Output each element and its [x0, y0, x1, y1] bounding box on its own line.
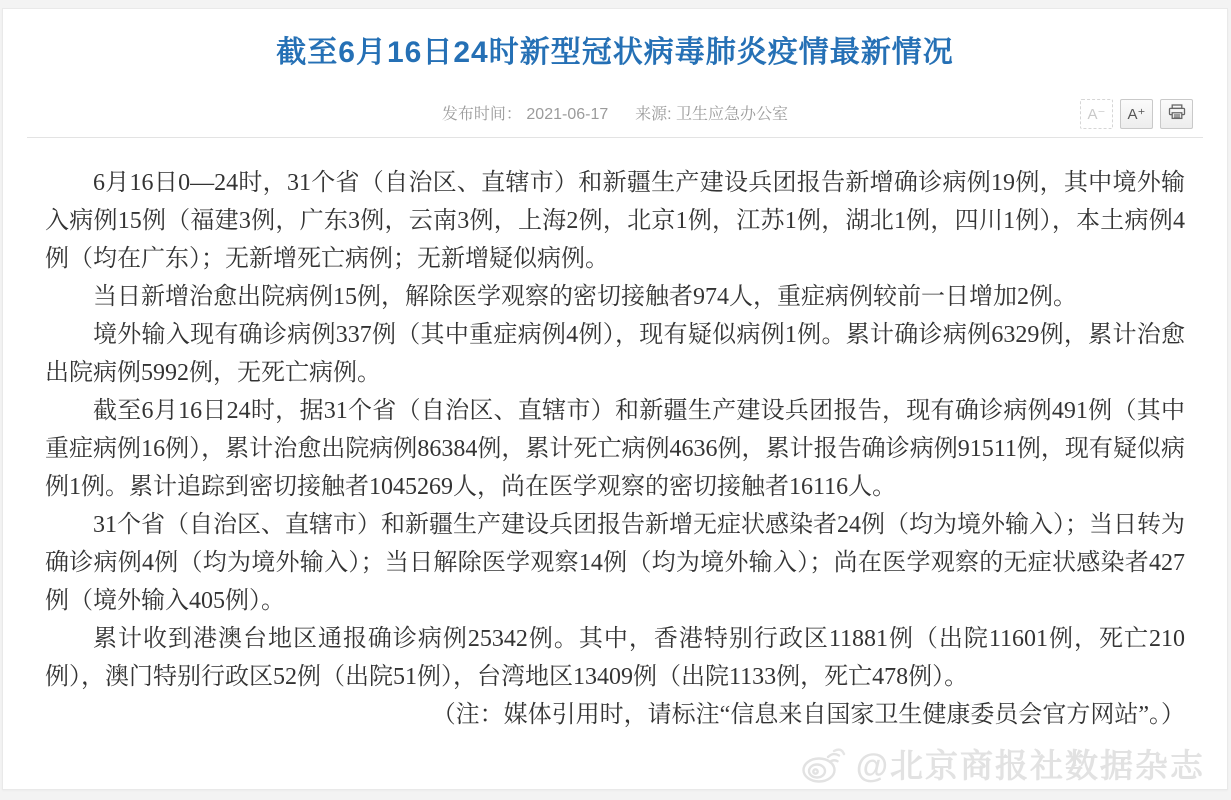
paragraph-asymptomatic: 31个省（自治区、直辖市）和新疆生产建设兵团报告新增无症状感染者24例（均为境外…: [45, 506, 1185, 620]
paragraph-recovered-daily: 当日新增治愈出院病例15例，解除医学观察的密切接触者974人，重症病例较前一日增…: [45, 278, 1185, 316]
header-divider: [27, 137, 1203, 138]
paragraph-hk-macao-taiwan: 累计收到港澳台地区通报确诊病例25342例。其中，香港特别行政区11881例（出…: [45, 620, 1185, 696]
paragraph-cumulative-totals: 截至6月16日24时，据31个省（自治区、直辖市）和新疆生产建设兵团报告，现有确…: [45, 392, 1185, 506]
source-value: 卫生应急办公室: [676, 106, 788, 123]
watermark: @北京商报社数据杂志: [800, 740, 1205, 787]
meta-row: 发布时间： 2021-06-17 来源: 卫生应急办公室 A⁻ A⁺: [3, 99, 1227, 131]
source-label: 来源:: [635, 106, 671, 123]
article-body: 6月16日0—24时，31个省（自治区、直辖市）和新疆生产建设兵团报告新增确诊病…: [3, 164, 1227, 734]
font-increase-button[interactable]: A⁺: [1120, 99, 1153, 129]
paragraph-new-cases: 6月16日0—24时，31个省（自治区、直辖市）和新疆生产建设兵团报告新增确诊病…: [45, 164, 1185, 278]
publish-time-label: 发布时间：: [442, 106, 522, 123]
print-button[interactable]: [1160, 99, 1193, 129]
article-toolbar: A⁻ A⁺: [1080, 99, 1193, 129]
weibo-icon: [800, 743, 846, 785]
publish-time-value: 2021-06-17: [526, 106, 608, 123]
paragraph-imported-cases: 境外输入现有确诊病例337例（其中重症病例4例），现有疑似病例1例。累计确诊病例…: [45, 316, 1185, 392]
citation-note: （注：媒体引用时，请标注“信息来自国家卫生健康委员会官方网站”。）: [45, 696, 1185, 734]
article-page-card: 截至6月16日24时新型冠状病毒肺炎疫情最新情况 发布时间： 2021-06-1…: [2, 8, 1228, 790]
meta-text: 发布时间： 2021-06-17 来源: 卫生应急办公室: [3, 99, 1227, 131]
page-title: 截至6月16日24时新型冠状病毒肺炎疫情最新情况: [3, 33, 1227, 73]
printer-icon: [1168, 104, 1186, 124]
watermark-text: @北京商报社数据杂志: [856, 740, 1205, 787]
font-decrease-button[interactable]: A⁻: [1080, 99, 1113, 129]
